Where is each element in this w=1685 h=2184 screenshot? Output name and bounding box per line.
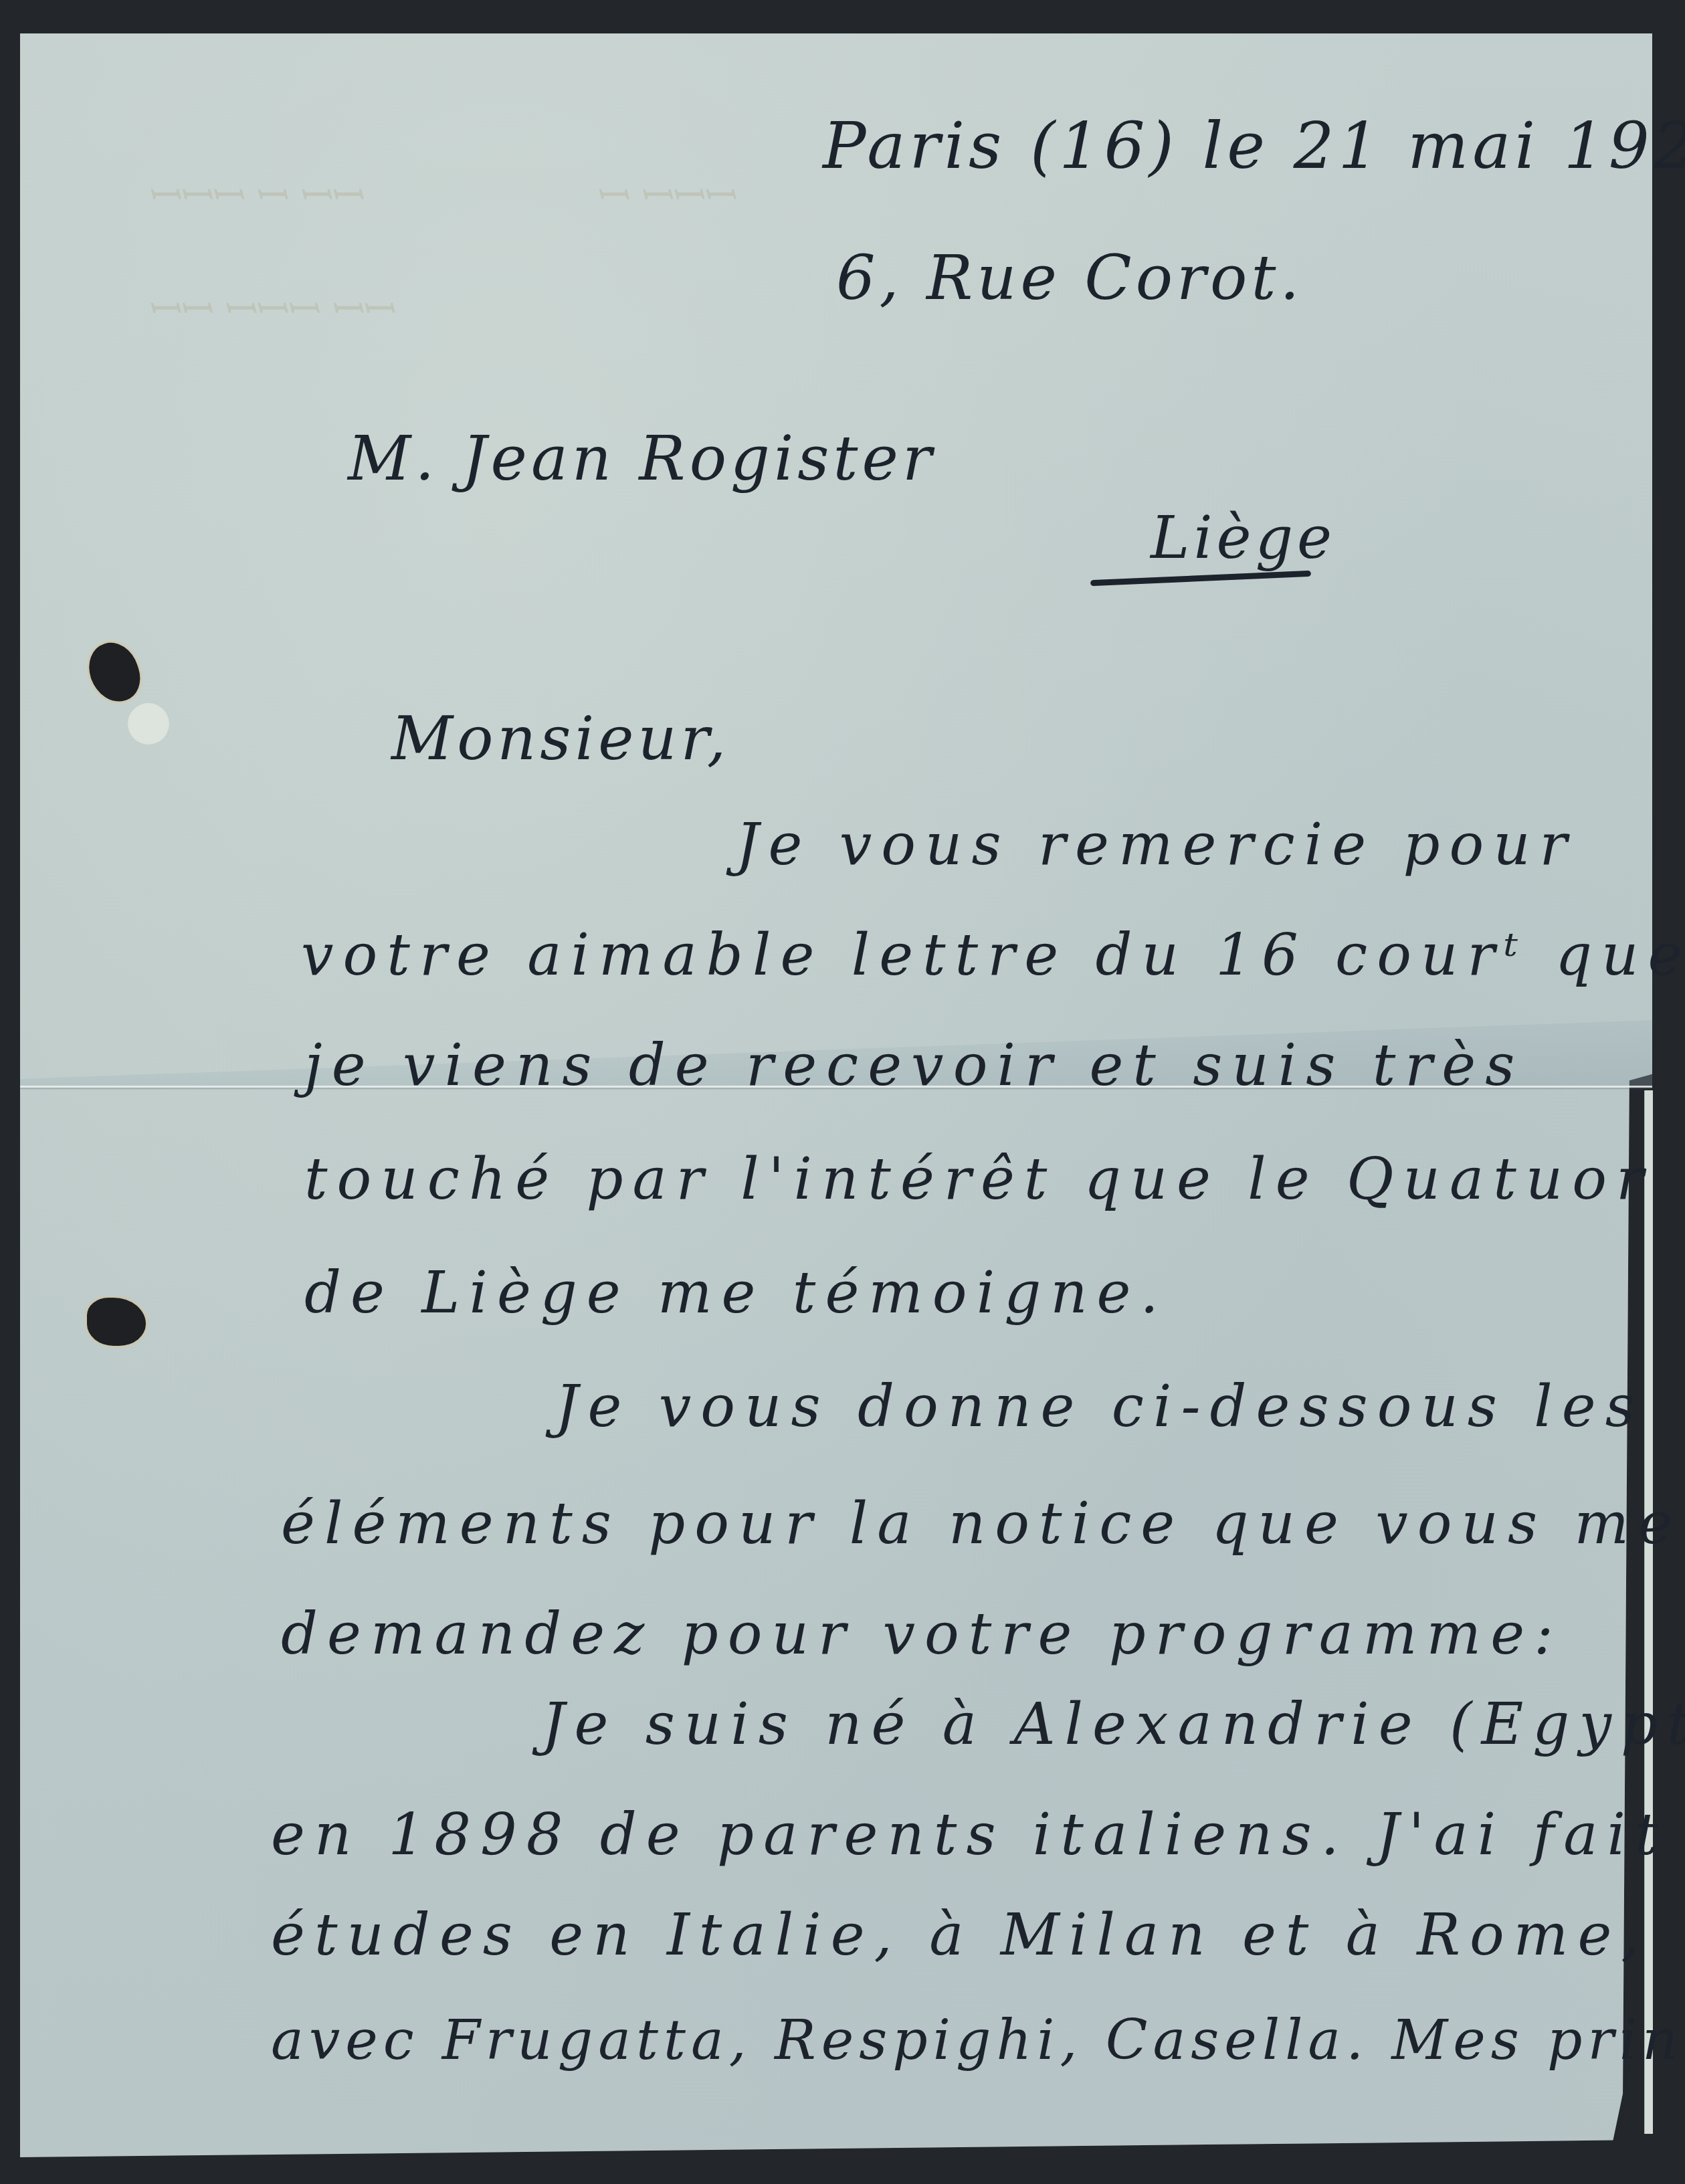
body-line: éléments pour la notice que vous me: [281, 1495, 1682, 1553]
body-line: avec Frugatta, Respighi, Casella. Mes pr…: [271, 2013, 1685, 2068]
letter-sender-address: 6, Rue Corot.: [836, 247, 1304, 309]
paper-reinforcement-patch: [127, 702, 170, 745]
salutation: Monsieur,: [391, 709, 730, 769]
body-line: Je vous remercie pour: [736, 816, 1577, 874]
paper-edge-strip: [1644, 1090, 1653, 2134]
letter-place-date: Paris (16) le 21 mai 1929: [823, 114, 1685, 178]
letter-scan: ꟷꟷ ꟷ ꟷꟷꟷ ꟷꟷꟷ ꟷ ꟷꟷ ꟷꟷꟷ ꟷꟷ Paris (16) le 2…: [0, 0, 1685, 2184]
body-line: je viens de recevoir et suis très: [304, 1037, 1524, 1094]
body-line: demandez pour votre programme:: [281, 1605, 1563, 1663]
body-line: Je suis né à Alexandrie (Egypte): [542, 1696, 1685, 1753]
recipient-city: Liège: [1151, 508, 1336, 567]
body-line: votre aimable lettre du 16 courᵗ que: [301, 926, 1685, 984]
body-line: en 1898 de parents italiens. J'ai fait m…: [271, 1806, 1685, 1864]
body-line: Je vous donne ci-dessous les: [555, 1378, 1644, 1435]
body-line: études en Italie, à Milan et à Rome,: [271, 1906, 1649, 1964]
body-line: de Liège me témoigne.: [304, 1264, 1168, 1322]
recipient-name: M. Jean Rogister: [348, 428, 936, 490]
body-line: touché par l'intérêt que le Quatuor: [304, 1151, 1653, 1208]
